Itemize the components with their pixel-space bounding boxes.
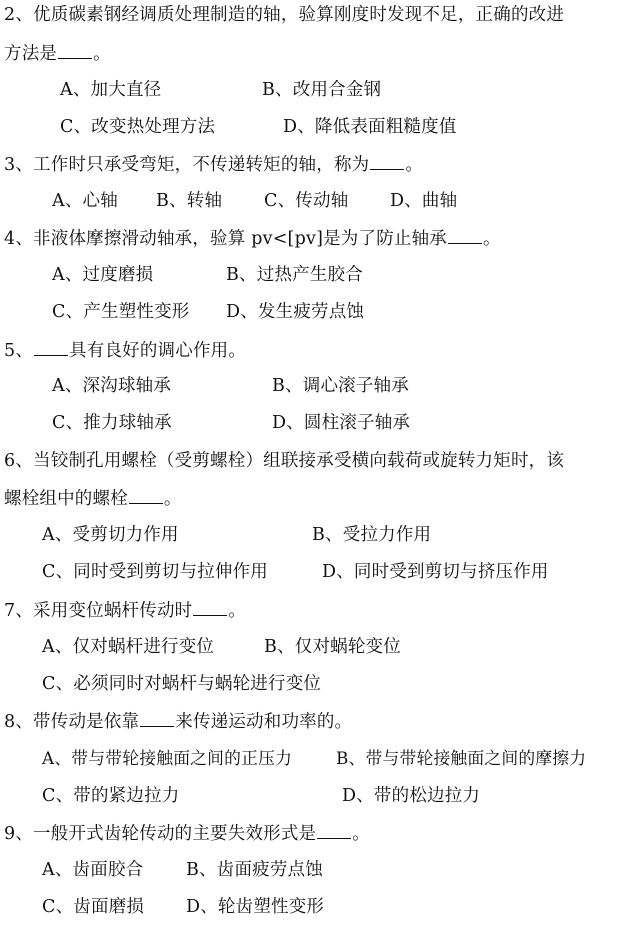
option-a[interactable]: A、仅对蜗杆进行变位: [42, 634, 214, 660]
question-8-stem: 8、带传动是依靠来传递运动和功率的。: [4, 708, 352, 734]
answer-blank: [58, 40, 92, 59]
answer-blank: [317, 820, 351, 839]
question-6-stem-line1: 6、当铰制孔用螺栓（受剪螺栓）组联接承受横向载荷或旋转力矩时，该: [4, 448, 564, 474]
answer-blank: [129, 485, 163, 504]
option-c[interactable]: C、传动轴: [264, 188, 348, 214]
question-text: 采用变位蜗杆传动时: [33, 601, 192, 621]
option-c[interactable]: C、同时受到剪切与拉伸作用: [42, 559, 268, 585]
option-c[interactable]: C、改变热处理方法: [60, 114, 215, 140]
question-number: 9、: [4, 824, 33, 844]
option-a[interactable]: A、深沟球轴承: [52, 373, 171, 399]
answer-blank: [193, 597, 227, 616]
question-2-options-row1: A、加大直径 B、改用合金钢: [0, 77, 620, 103]
question-7-options-row2: C、必须同时对蜗杆与蜗轮进行变位: [0, 671, 620, 697]
question-9-stem: 9、一般开式齿轮传动的主要失效形式是。: [4, 820, 370, 846]
option-d[interactable]: D、带的松边拉力: [342, 783, 480, 809]
question-text-end: 。: [405, 155, 423, 175]
option-d[interactable]: D、发生疲劳点蚀: [226, 299, 364, 325]
option-b[interactable]: B、调心滚子轴承: [272, 373, 409, 399]
question-6-options-row1: A、受剪切力作用 B、受拉力作用: [0, 522, 620, 548]
question-text: 优质碳素钢经调质处理制造的轴，验算刚度时发现不足，正确的改进: [33, 5, 564, 25]
option-b[interactable]: B、受拉力作用: [312, 522, 431, 548]
option-a[interactable]: A、齿面胶合: [42, 857, 143, 883]
question-3-options-row1: A、心轴 B、转轴 C、传动轴 D、曲轴: [0, 188, 620, 214]
question-text: 具有良好的调心作用。: [69, 341, 246, 361]
question-8-options-row1: A、带与带轮接触面之间的正压力 B、带与带轮接触面之间的摩擦力: [0, 745, 620, 771]
question-9-options-row2: C、齿面磨损 D、轮齿塑性变形: [0, 894, 620, 920]
question-text-end: 。: [352, 824, 370, 844]
question-number: 8、: [4, 712, 33, 732]
option-b[interactable]: B、转轴: [156, 188, 222, 214]
option-b[interactable]: B、过热产生胶合: [226, 262, 363, 288]
option-c[interactable]: C、产生塑性变形: [52, 299, 190, 325]
option-b[interactable]: B、带与带轮接触面之间的摩擦力: [336, 745, 586, 771]
question-number: 7、: [4, 601, 33, 621]
option-b[interactable]: B、齿面疲劳点蚀: [186, 857, 323, 883]
question-text: 方法是: [4, 44, 57, 64]
option-d[interactable]: D、曲轴: [390, 188, 457, 214]
question-4-stem: 4、非液体摩擦滑动轴承，验算 pv<[pv]是为了防止轴承。: [4, 225, 501, 251]
question-4-options-row2: C、产生塑性变形 D、发生疲劳点蚀: [0, 299, 620, 325]
question-text-end: 。: [483, 229, 501, 249]
option-c[interactable]: C、必须同时对蜗杆与蜗轮进行变位: [42, 671, 321, 697]
question-text: 一般开式齿轮传动的主要失效形式是: [33, 824, 316, 844]
question-number: 4、: [4, 229, 33, 249]
question-text-end: 。: [228, 601, 246, 621]
question-text: 当铰制孔用螺栓（受剪螺栓）组联接承受横向载荷或旋转力矩时，该: [33, 451, 564, 471]
question-7-options-row1: A、仅对蜗杆进行变位 B、仅对蜗轮变位: [0, 634, 620, 660]
answer-blank: [370, 151, 404, 170]
option-d[interactable]: D、降低表面粗糙度值: [283, 114, 457, 140]
option-c[interactable]: C、齿面磨损: [42, 894, 144, 920]
question-text: 带传动是依靠: [33, 712, 139, 732]
option-d[interactable]: D、轮齿塑性变形: [186, 894, 324, 920]
question-2-stem-line2: 方法是。: [4, 40, 111, 66]
question-text-end: 。: [93, 44, 111, 64]
question-5-options-row1: A、深沟球轴承 B、调心滚子轴承: [0, 373, 620, 399]
option-a[interactable]: A、加大直径: [60, 77, 161, 103]
question-text: 工作时只承受弯矩，不传递转矩的轴，称为: [33, 155, 369, 175]
question-text: 非液体摩擦滑动轴承，验算 pv<[pv]是为了防止轴承: [33, 229, 447, 249]
question-5-stem: 5、具有良好的调心作用。: [4, 337, 246, 363]
answer-blank: [140, 708, 174, 727]
option-d[interactable]: D、同时受到剪切与挤压作用: [322, 559, 549, 585]
question-text: 螺栓组中的螺栓: [4, 489, 128, 509]
question-2-options-row2: C、改变热处理方法 D、降低表面粗糙度值: [0, 114, 620, 140]
option-d[interactable]: D、圆柱滚子轴承: [272, 410, 410, 436]
question-number: 3、: [4, 155, 33, 175]
answer-blank: [34, 337, 68, 356]
option-a[interactable]: A、带与带轮接触面之间的正压力: [42, 745, 292, 771]
option-b[interactable]: B、仅对蜗轮变位: [264, 634, 401, 660]
option-c[interactable]: C、带的紧边拉力: [42, 783, 180, 809]
question-text-end: 。: [164, 489, 182, 509]
question-2-stem-line1: 2、优质碳素钢经调质处理制造的轴，验算刚度时发现不足，正确的改进: [4, 2, 564, 28]
question-6-options-row2: C、同时受到剪切与拉伸作用 D、同时受到剪切与挤压作用: [0, 559, 620, 585]
question-3-stem: 3、工作时只承受弯矩，不传递转矩的轴，称为。: [4, 151, 423, 177]
question-6-stem-line2: 螺栓组中的螺栓。: [4, 485, 182, 511]
question-4-options-row1: A、过度磨损 B、过热产生胶合: [0, 262, 620, 288]
option-a[interactable]: A、受剪切力作用: [42, 522, 179, 548]
question-7-stem: 7、采用变位蜗杆传动时。: [4, 597, 246, 623]
question-8-options-row2: C、带的紧边拉力 D、带的松边拉力: [0, 783, 620, 809]
question-number: 2、: [4, 5, 33, 25]
question-number: 6、: [4, 451, 33, 471]
option-c[interactable]: C、推力球轴承: [52, 410, 172, 436]
question-9-options-row1: A、齿面胶合 B、齿面疲劳点蚀: [0, 857, 620, 883]
option-b[interactable]: B、改用合金钢: [262, 77, 381, 103]
option-a[interactable]: A、过度磨损: [52, 262, 153, 288]
answer-blank: [448, 225, 482, 244]
question-5-options-row2: C、推力球轴承 D、圆柱滚子轴承: [0, 410, 620, 436]
option-a[interactable]: A、心轴: [52, 188, 118, 214]
question-number: 5、: [4, 341, 33, 361]
question-text-end: 来传递运动和功率的。: [175, 712, 352, 732]
